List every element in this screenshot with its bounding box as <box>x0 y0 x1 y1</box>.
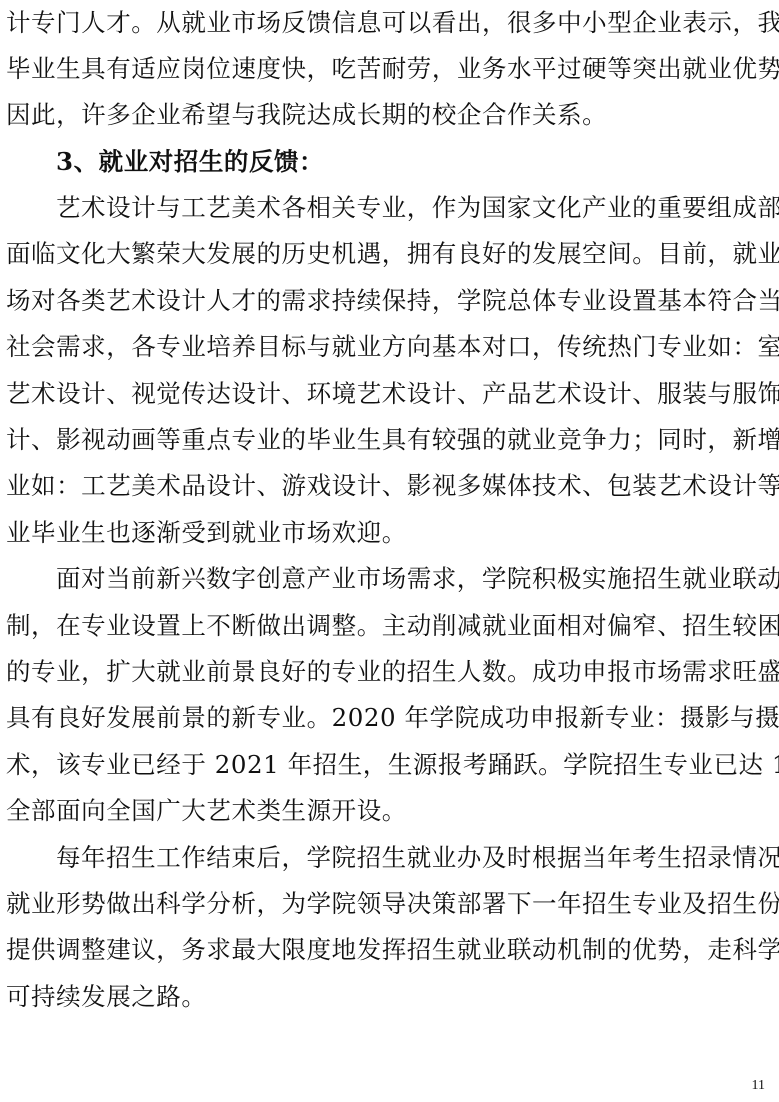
body-text-line: 艺术设计与工艺美术各相关专业，作为国家文化产业的重要组成部分， <box>6 185 768 231</box>
body-text-line: 计、影视动画等重点专业的毕业生具有较强的就业竞争力；同时，新增专 <box>6 417 768 463</box>
body-text-line: 术，该专业已经于 2021 年招生，生源报考踊跃。学院招生专业已达 16 个， <box>6 742 768 788</box>
body-text-line: 艺术设计、视觉传达设计、环境艺术设计、产品艺术设计、服装与服饰设 <box>6 371 768 417</box>
body-text-line: 因此，许多企业希望与我院达成长期的校企合作关系。 <box>6 92 768 138</box>
body-text-line: 面临文化大繁荣大发展的历史机遇，拥有良好的发展空间。目前，就业市 <box>6 231 768 277</box>
body-text-line: 面对当前新兴数字创意产业市场需求，学院积极实施招生就业联动机 <box>6 556 768 602</box>
page-number: 11 <box>752 1078 765 1094</box>
body-text-line: 计专门人才。从就业市场反馈信息可以看出，很多中小型企业表示，我院 <box>6 0 768 46</box>
body-text-line: 业如：工艺美术品设计、游戏设计、影视多媒体技术、包装艺术设计等专 <box>6 463 768 509</box>
body-text-line: 制，在专业设置上不断做出调整。主动削减就业面相对偏窄、招生较困难 <box>6 603 768 649</box>
body-text-line: 场对各类艺术设计人才的需求持续保持，学院总体专业设置基本符合当前 <box>6 278 768 324</box>
body-text-line: 可持续发展之路。 <box>6 974 768 1020</box>
section-heading: 3、就业对招生的反馈： <box>6 139 768 185</box>
body-text-line: 社会需求，各专业培养目标与就业方向基本对口，传统热门专业如：室内 <box>6 324 768 370</box>
body-text-line: 全部面向全国广大艺术类生源开设。 <box>6 788 768 834</box>
body-text-line: 具有良好发展前景的新专业。2020 年学院成功申报新专业：摄影与摄像艺 <box>6 695 768 741</box>
body-text-line: 每年招生工作结束后，学院招生就业办及时根据当年考生招录情况和 <box>6 835 768 881</box>
body-text-line: 就业形势做出科学分析，为学院领导决策部署下一年招生专业及招生份额 <box>6 881 768 927</box>
body-text-line: 毕业生具有适应岗位速度快，吃苦耐劳，业务水平过硬等突出就业优势。 <box>6 46 768 92</box>
body-text-line: 的专业，扩大就业前景良好的专业的招生人数。成功申报市场需求旺盛、 <box>6 649 768 695</box>
body-text-line: 提供调整建议，务求最大限度地发挥招生就业联动机制的优势，走科学的 <box>6 927 768 973</box>
body-text-line: 业毕业生也逐渐受到就业市场欢迎。 <box>6 510 768 556</box>
